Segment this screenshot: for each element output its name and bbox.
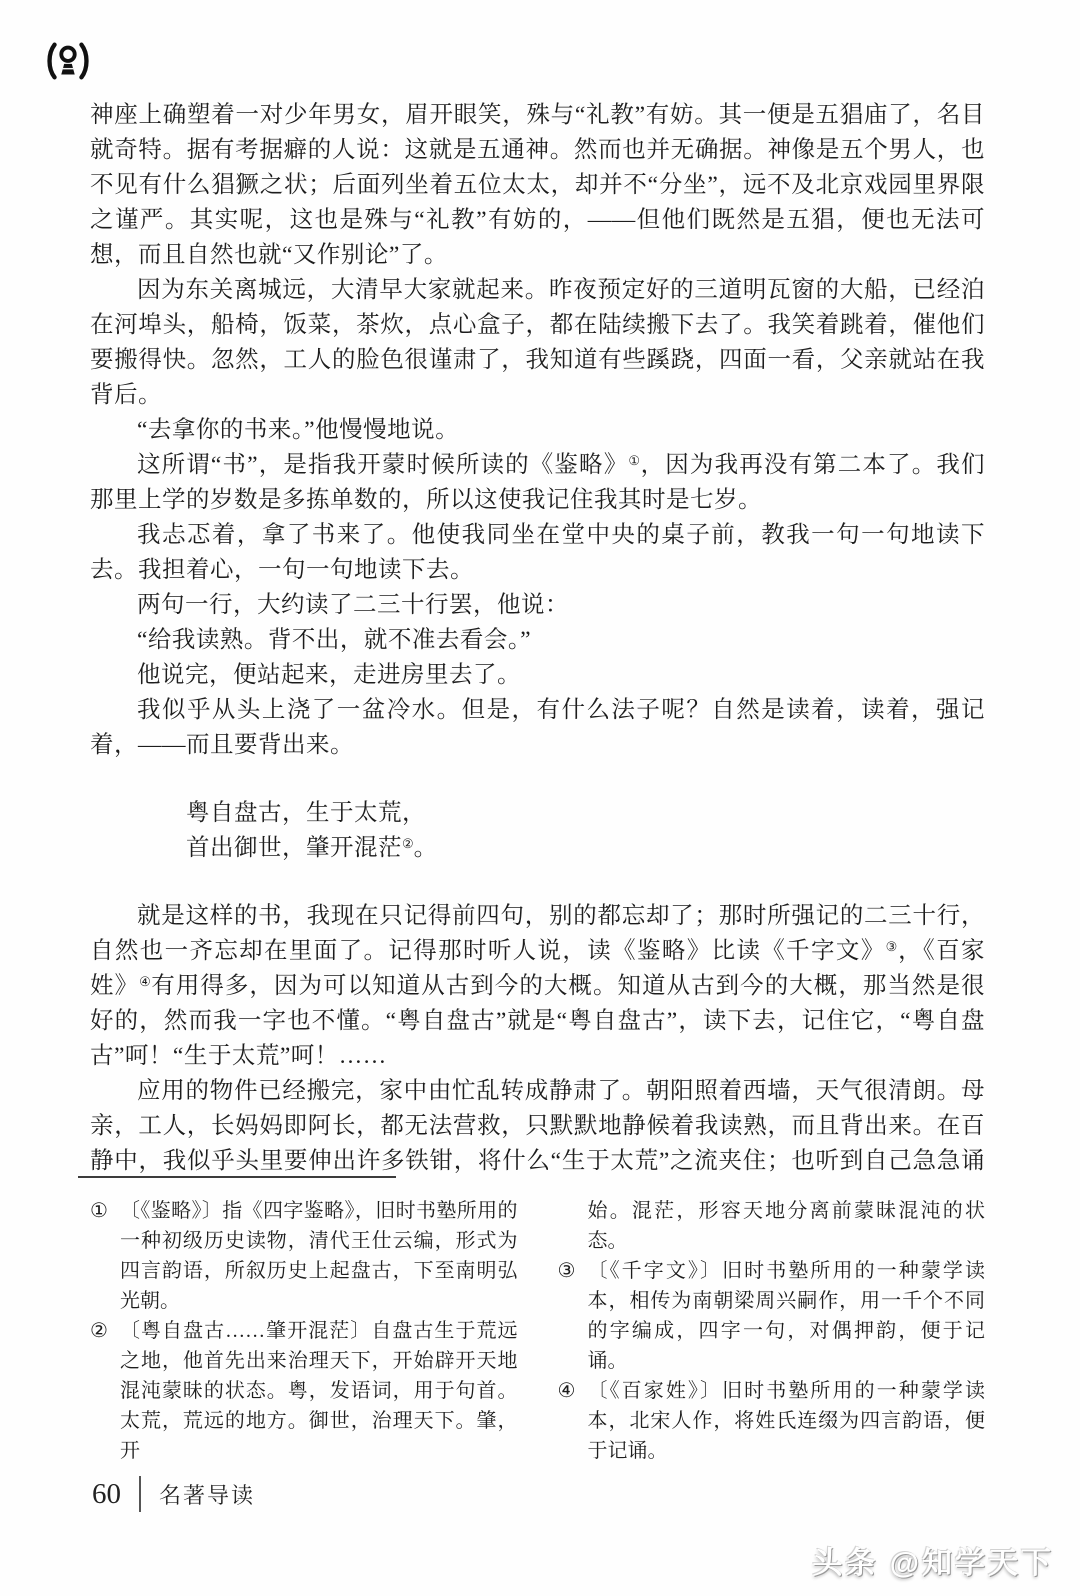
paragraph: 应用的物件已经搬完，家中由忙乱转成静肃了。朝阳照着西墙，天气很清朗。母亲，工人，…	[90, 1074, 985, 1174]
footnote-divider	[78, 1176, 396, 1178]
paragraph: 我忐忑着，拿了书来了。他使我同坐在堂中央的桌子前，教我一句一句地读下去。我担着心…	[90, 518, 985, 588]
verse-line: 粤自盘古，生于太荒，	[186, 796, 985, 831]
footer-divider	[139, 1476, 141, 1512]
footnote-ref: ②	[402, 836, 414, 851]
footnotes-right-column: 始。混茫，形容天地分离前蒙昧混沌的状态。③〔《千字文》〕旧时书塾所用的一种蒙学读…	[558, 1196, 986, 1466]
paragraph: 这所谓“书”，是指我开蒙时候所读的《鉴略》①，因为我再没有第二本了。我们那里上学…	[90, 448, 985, 518]
verse-block: 粤自盘古，生于太荒，首出御世，肇开混茫②。	[186, 796, 985, 866]
footnote: ①〔《鉴略》〕指《四字鉴略》，旧时书塾所用的一种初级历史读物，清代王仕云编，形式…	[90, 1196, 518, 1316]
watermark: 头条 @知学天下	[812, 1538, 1054, 1582]
footnote-marker: ③	[558, 1256, 588, 1376]
footnote-marker	[558, 1196, 588, 1256]
page-footer: 60 名著导读	[92, 1476, 255, 1512]
verse-line: 首出御世，肇开混茫②。	[186, 831, 985, 866]
paragraph: 他说完，便站起来，走进房里去了。	[90, 658, 985, 693]
footnotes-left-column: ①〔《鉴略》〕指《四字鉴略》，旧时书塾所用的一种初级历史读物，清代王仕云编，形式…	[90, 1196, 518, 1466]
footnote-ref: ③	[886, 939, 899, 954]
paragraph: “去拿你的书来。”他慢慢地说。	[90, 413, 985, 448]
footnote-text: 始。混茫，形容天地分离前蒙昧混沌的状态。	[588, 1196, 986, 1256]
footnote: ②〔粤自盘古……肇开混茫〕自盘古生于荒远之地，他首先出来治理天下，开始辟开天地混…	[90, 1316, 518, 1466]
body-text: 神座上确塑着一对少年男女，眉开眼笑，殊与“礼教”有妨。其一便是五猖庙了，名目就奇…	[90, 98, 985, 1174]
footnote-text: 〔《鉴略》〕指《四字鉴略》，旧时书塾所用的一种初级历史读物，清代王仕云编，形式为…	[120, 1196, 518, 1316]
footnote: ④〔《百家姓》〕旧时书塾所用的一种蒙学读本，北宋人作，将姓氏连缀为四言韵语，便于…	[558, 1376, 986, 1466]
paragraph: 就是这样的书，我现在只记得前四句，别的都忘却了；那时所强记的二三十行，自然也一齐…	[90, 899, 985, 1074]
footnote-marker: ①	[90, 1196, 120, 1316]
paragraph: 两句一行，大约读了二三十行罢，他说：	[90, 588, 985, 623]
book-page: 神座上确塑着一对少年男女，眉开眼笑，殊与“礼教”有妨。其一便是五猖庙了，名目就奇…	[0, 0, 1080, 1596]
paragraph: “给我读熟。背不出，就不准去看会。”	[90, 623, 985, 658]
paragraph: 因为东关离城远，大清早大家就起来。昨夜预定好的三道明瓦窗的大船，已经泊在河埠头，…	[90, 273, 985, 413]
paragraph: 我似乎从头上浇了一盆冷水。但是，有什么法子呢？自然是读着，读着，强记着，——而且…	[90, 693, 985, 763]
footnote-ref: ④	[139, 974, 151, 989]
footnote-text: 〔《千字文》〕旧时书塾所用的一种蒙学读本，相传为南朝梁周兴嗣作，用一千个不同的字…	[588, 1256, 986, 1376]
footnote-text: 〔粤自盘古……肇开混茫〕自盘古生于荒远之地，他首先出来治理天下，开始辟开天地混沌…	[120, 1316, 518, 1466]
paragraph: 神座上确塑着一对少年男女，眉开眼笑，殊与“礼教”有妨。其一便是五猖庙了，名目就奇…	[90, 98, 985, 273]
footnote-marker: ④	[558, 1376, 588, 1466]
footnote-ref: ①	[628, 453, 640, 468]
section-label: 名著导读	[159, 1479, 255, 1510]
footnote: 始。混茫，形容天地分离前蒙昧混沌的状态。	[558, 1196, 986, 1256]
broadcast-icon	[44, 38, 92, 84]
footnote-marker: ②	[90, 1316, 120, 1466]
footnote-text: 〔《百家姓》〕旧时书塾所用的一种蒙学读本，北宋人作，将姓氏连缀为四言韵语，便于记…	[588, 1376, 986, 1466]
footnote: ③〔《千字文》〕旧时书塾所用的一种蒙学读本，相传为南朝梁周兴嗣作，用一千个不同的…	[558, 1256, 986, 1376]
footnotes: ①〔《鉴略》〕指《四字鉴略》，旧时书塾所用的一种初级历史读物，清代王仕云编，形式…	[90, 1196, 985, 1466]
page-number: 60	[92, 1478, 121, 1511]
